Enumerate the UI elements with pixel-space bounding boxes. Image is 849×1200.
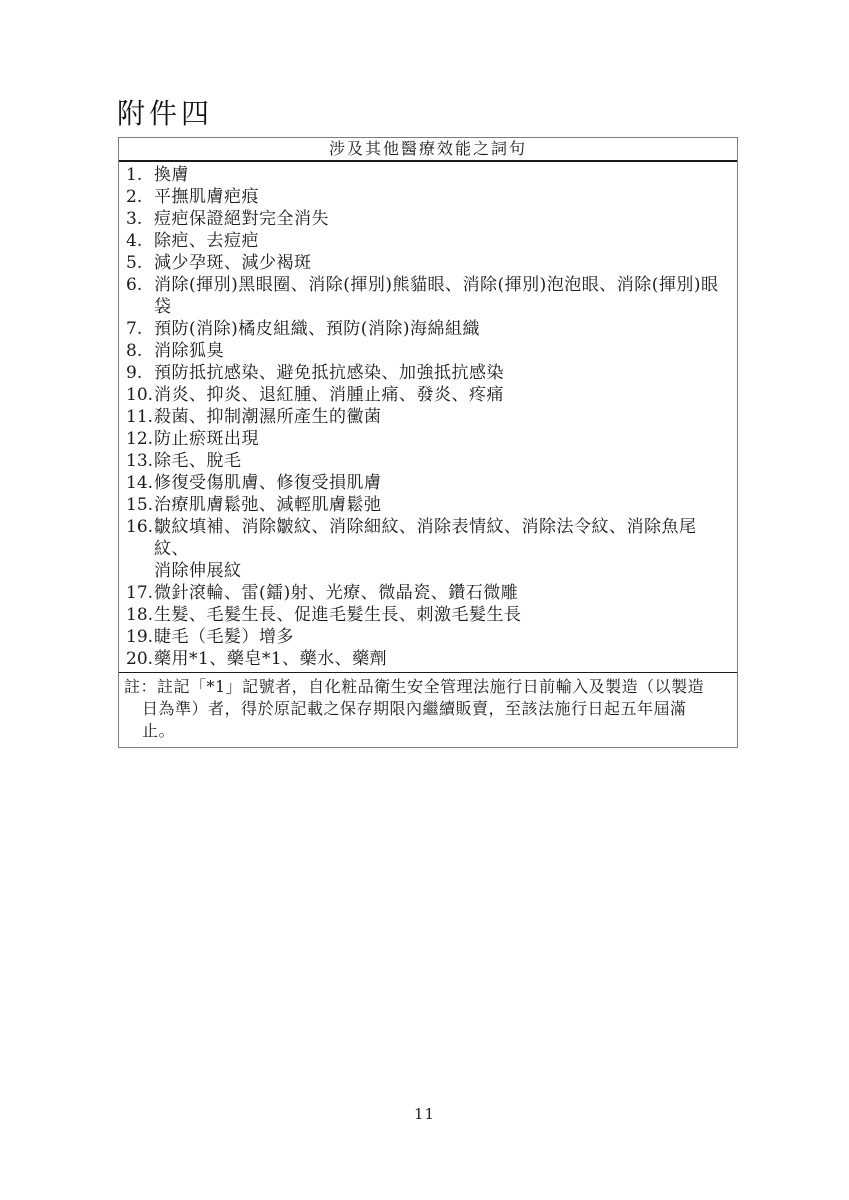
item-number: 5. bbox=[126, 252, 154, 274]
item-text: 換膚 bbox=[154, 164, 729, 186]
item-number: 19. bbox=[126, 626, 154, 648]
table-item: 11.殺菌、抑制潮濕所產生的黴菌 bbox=[126, 406, 729, 428]
note-line: 日為準）者，得於原記載之保存期限內繼續販賣，至該法施行日起五年屆滿 bbox=[124, 698, 729, 720]
item-number: 16. bbox=[126, 516, 154, 538]
table-item: 8.消除狐臭 bbox=[126, 340, 729, 362]
item-number: 17. bbox=[126, 582, 154, 604]
item-text: 預防(消除)橘皮組織、預防(消除)海綿組織 bbox=[154, 318, 729, 340]
table-item: 17.微針滾輪、雷(鐳)射、光療、微晶瓷、鑽石微雕 bbox=[126, 582, 729, 604]
table-note: 註：註記「*1」記號者，自化粧品衛生安全管理法施行日前輸入及製造（以製造日為準）… bbox=[119, 672, 737, 747]
item-number: 3. bbox=[126, 208, 154, 230]
item-number: 4. bbox=[126, 230, 154, 252]
table-item: 15.治療肌膚鬆弛、減輕肌膚鬆弛 bbox=[126, 494, 729, 516]
item-text: 消除(揮別)黑眼圈、消除(揮別)熊貓眼、消除(揮別)泡泡眼、消除(揮別)眼袋 bbox=[154, 274, 729, 318]
item-number: 20. bbox=[126, 648, 154, 670]
item-number: 1. bbox=[126, 164, 154, 186]
table-item: 14.修復受傷肌膚、修復受損肌膚 bbox=[126, 472, 729, 494]
item-number: 7. bbox=[126, 318, 154, 340]
item-number: 18. bbox=[126, 604, 154, 626]
table-item: 19.睫毛（毛髮）增多 bbox=[126, 626, 729, 648]
table-item: 4.除疤、去痘疤 bbox=[126, 230, 729, 252]
item-number: 2. bbox=[126, 186, 154, 208]
item-number: 15. bbox=[126, 494, 154, 516]
item-number: 10. bbox=[126, 384, 154, 406]
item-text: 微針滾輪、雷(鐳)射、光療、微晶瓷、鑽石微雕 bbox=[154, 582, 729, 604]
table-item: 18.生髮、毛髮生長、促進毛髮生長、刺激毛髮生長 bbox=[126, 604, 729, 626]
item-number: 6. bbox=[126, 274, 154, 296]
item-text: 除毛、脫毛 bbox=[154, 450, 729, 472]
item-text: 消炎、抑炎、退紅腫、消腫止痛、發炎、疼痛 bbox=[154, 384, 729, 406]
table-item: 3.痘疤保證絕對完全消失 bbox=[126, 208, 729, 230]
item-number: 8. bbox=[126, 340, 154, 362]
item-text: 減少孕斑、減少褐斑 bbox=[154, 252, 729, 274]
table-body: 1.換膚2.平撫肌膚疤痕3.痘疤保證絕對完全消失4.除疤、去痘疤5.減少孕斑、減… bbox=[119, 162, 737, 672]
table-item: 6.消除(揮別)黑眼圈、消除(揮別)熊貓眼、消除(揮別)泡泡眼、消除(揮別)眼袋 bbox=[126, 274, 729, 318]
item-text: 殺菌、抑制潮濕所產生的黴菌 bbox=[154, 406, 729, 428]
item-text: 平撫肌膚疤痕 bbox=[154, 186, 729, 208]
phrases-table: 涉及其他醫療效能之詞句 1.換膚2.平撫肌膚疤痕3.痘疤保證絕對完全消失4.除疤… bbox=[118, 137, 738, 748]
item-text: 生髮、毛髮生長、促進毛髮生長、刺激毛髮生長 bbox=[154, 604, 729, 626]
item-number: 9. bbox=[126, 362, 154, 384]
table-header: 涉及其他醫療效能之詞句 bbox=[119, 138, 737, 162]
item-text: 修復受傷肌膚、修復受損肌膚 bbox=[154, 472, 729, 494]
item-text: 治療肌膚鬆弛、減輕肌膚鬆弛 bbox=[154, 494, 729, 516]
note-line: 止。 bbox=[124, 720, 729, 742]
document-page: 附件四 涉及其他醫療效能之詞句 1.換膚2.平撫肌膚疤痕3.痘疤保證絕對完全消失… bbox=[0, 0, 849, 1200]
table-item: 20.藥用*1、藥皂*1、藥水、藥劑 bbox=[126, 648, 729, 670]
table-item: 9.預防抵抗感染、避免抵抗感染、加強抵抗感染 bbox=[126, 362, 729, 384]
table-item: 5.減少孕斑、減少褐斑 bbox=[126, 252, 729, 274]
item-text: 預防抵抗感染、避免抵抗感染、加強抵抗感染 bbox=[154, 362, 729, 384]
table-item: 12.防止瘀斑出現 bbox=[126, 428, 729, 450]
table-item: 1.換膚 bbox=[126, 164, 729, 186]
item-text: 睫毛（毛髮）增多 bbox=[154, 626, 729, 648]
table-item: 10.消炎、抑炎、退紅腫、消腫止痛、發炎、疼痛 bbox=[126, 384, 729, 406]
item-number: 14. bbox=[126, 472, 154, 494]
item-text: 消除狐臭 bbox=[154, 340, 729, 362]
page-number: 11 bbox=[0, 1105, 849, 1123]
table-item: 7.預防(消除)橘皮組織、預防(消除)海綿組織 bbox=[126, 318, 729, 340]
table-item: 16.皺紋填補、消除皺紋、消除細紋、消除表情紋、消除法令紋、消除魚尾紋、消除伸展… bbox=[126, 516, 729, 582]
item-number: 13. bbox=[126, 450, 154, 472]
item-text: 皺紋填補、消除皺紋、消除細紋、消除表情紋、消除法令紋、消除魚尾紋、消除伸展紋 bbox=[154, 516, 729, 582]
item-number: 12. bbox=[126, 428, 154, 450]
item-text: 除疤、去痘疤 bbox=[154, 230, 729, 252]
attachment-title: 附件四 bbox=[117, 92, 213, 132]
item-text: 藥用*1、藥皂*1、藥水、藥劑 bbox=[154, 648, 729, 670]
item-text: 痘疤保證絕對完全消失 bbox=[154, 208, 729, 230]
table-item: 13.除毛、脫毛 bbox=[126, 450, 729, 472]
item-number: 11. bbox=[126, 406, 154, 428]
table-item: 2.平撫肌膚疤痕 bbox=[126, 186, 729, 208]
item-text: 防止瘀斑出現 bbox=[154, 428, 729, 450]
note-line: 註：註記「*1」記號者，自化粧品衛生安全管理法施行日前輸入及製造（以製造 bbox=[124, 676, 729, 698]
